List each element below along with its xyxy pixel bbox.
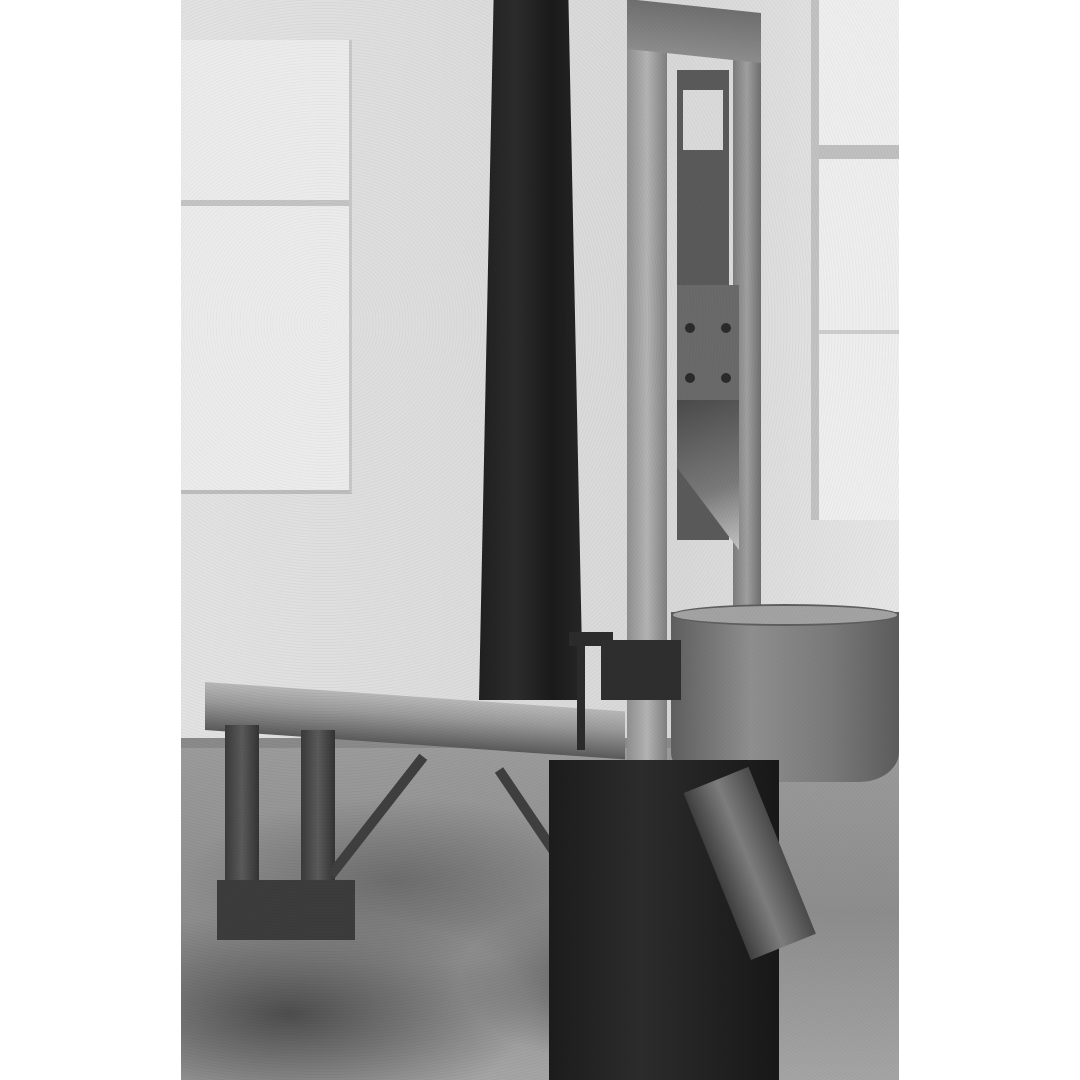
bolt-icon <box>685 373 695 383</box>
bench-foot <box>217 880 355 940</box>
neck-clamp <box>601 640 681 700</box>
frame-opening <box>683 90 723 150</box>
dark-curtain <box>479 0 583 700</box>
lever <box>577 640 585 750</box>
window-left <box>181 40 352 494</box>
photograph <box>181 0 899 1080</box>
bolt-icon <box>721 323 731 333</box>
basin-rim <box>671 604 899 626</box>
window-mullion <box>819 330 899 334</box>
blade-weight <box>677 285 739 400</box>
metal-basin <box>671 612 899 782</box>
window-right <box>811 0 899 520</box>
window-mullion <box>181 200 349 206</box>
window-mullion <box>819 145 899 159</box>
bolt-icon <box>685 323 695 333</box>
bolt-icon <box>721 373 731 383</box>
